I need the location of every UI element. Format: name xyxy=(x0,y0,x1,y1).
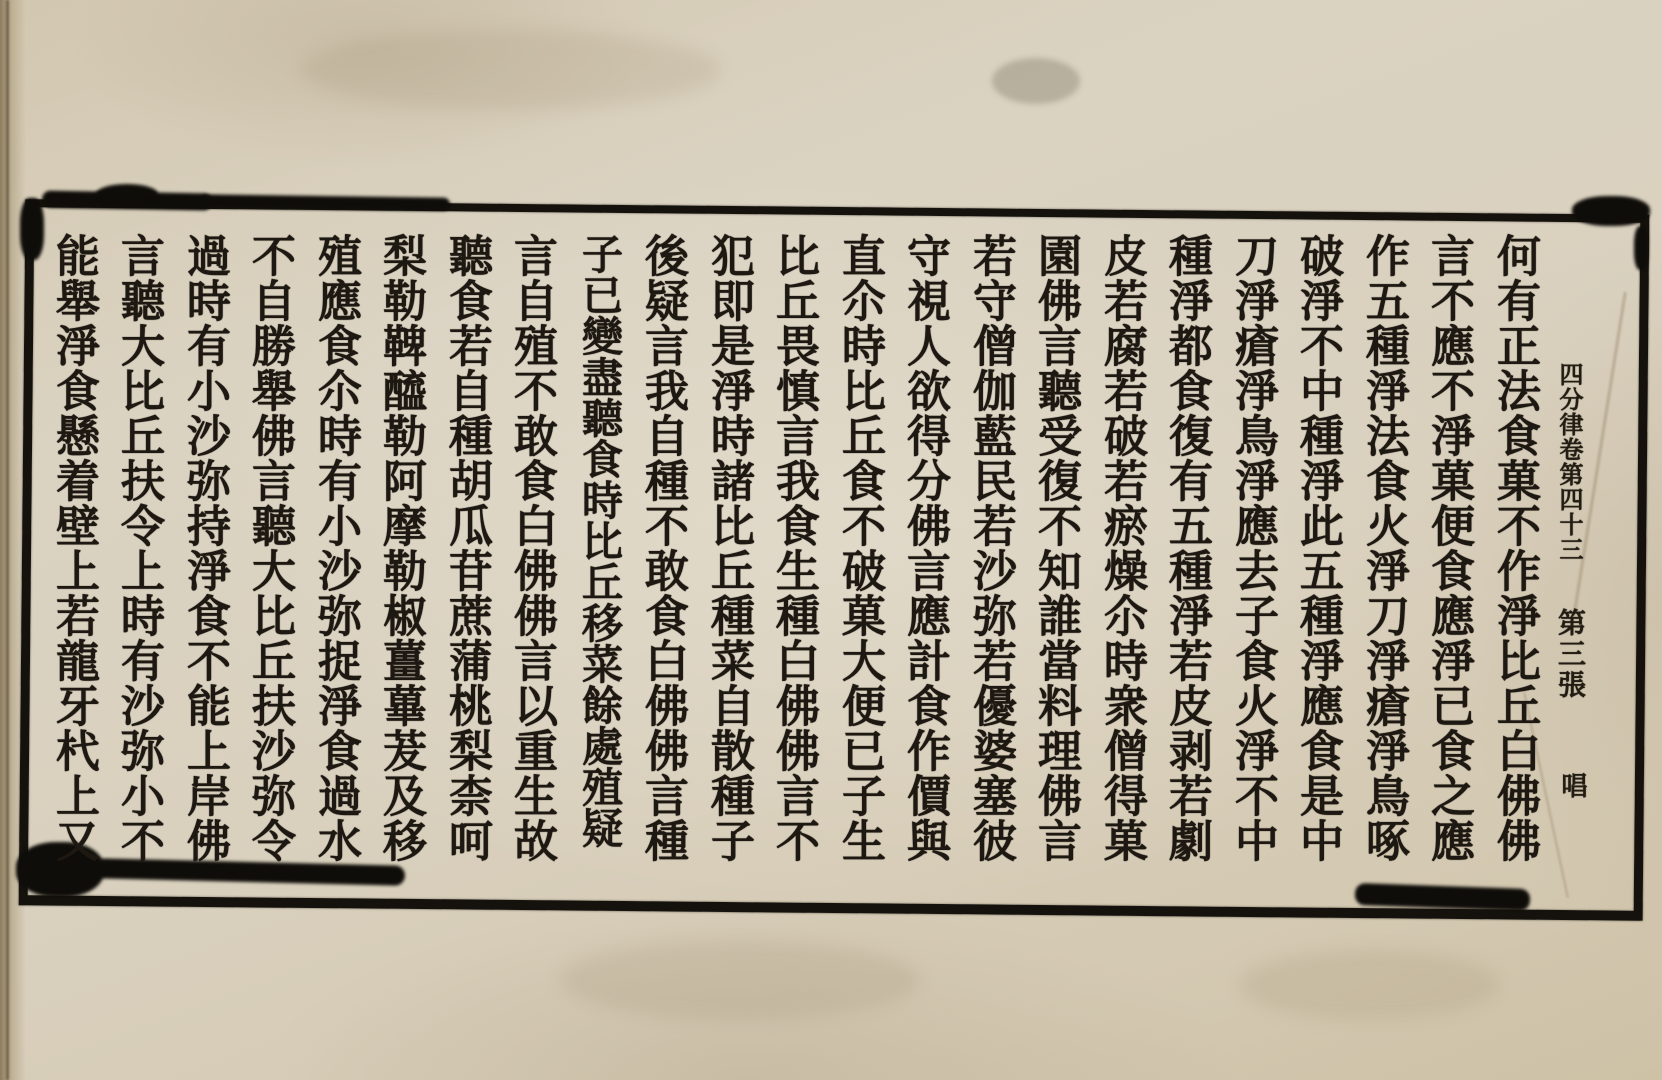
ink-smudge xyxy=(96,184,158,204)
margin-annotation: 唱 xyxy=(1554,772,1591,798)
volume-title: 四分律卷第四十三 xyxy=(1552,362,1587,562)
text-column-7: 皮若腐若破若瘀燥尒時衆僧得菓 xyxy=(1103,233,1153,893)
text-column-6: 種淨都食復有五種淨若皮剥若劇 xyxy=(1168,233,1218,893)
paper-stain xyxy=(1240,950,1500,1020)
paper-stain xyxy=(992,58,1080,104)
text-column-15: 子已變盡聽食時比丘移菜餘處殖疑 xyxy=(579,233,629,893)
text-column-4: 破淨不中種淨此五種淨應食是中 xyxy=(1299,233,1349,893)
text-column-21: 過時有小沙弥持淨食不能上岸佛 xyxy=(186,233,236,893)
text-column-18: 梨勒鞞醯勒阿摩勒椒薑蓽茇及移 xyxy=(382,233,432,893)
text-column-1: 何有正法食菓不作淨比丘白佛佛 xyxy=(1496,233,1546,893)
text-column-9: 若守僧伽藍民若沙弥若優婆塞彼 xyxy=(972,233,1022,893)
text-column-2: 言不應不淨菓便食應淨已食之應 xyxy=(1430,233,1480,893)
text-column-23: 能舉淨食懸着壁上若龍牙杙上又 xyxy=(55,233,105,893)
text-column-10: 守視人欲得分佛言應計食作價與 xyxy=(906,233,956,893)
paper-stain xyxy=(300,30,720,110)
sheet-number-label: 第三張 xyxy=(1550,608,1590,701)
text-column-19: 殖應食尒時有小沙弥捉淨食過水 xyxy=(317,233,367,893)
text-column-11: 直尒時比丘食不破菓大便已子生 xyxy=(841,233,891,893)
text-column-16: 言自殖不敢食白佛佛言以重生故 xyxy=(513,233,563,893)
page-edge-line xyxy=(6,0,9,1080)
ink-smudge xyxy=(1634,226,1648,270)
text-column-20: 不自勝舉佛言聽大比丘扶沙弥令 xyxy=(251,233,301,893)
text-column-5: 刀淨瘡淨鳥淨應去子食火淨不中 xyxy=(1234,233,1284,893)
text-column-17: 聽食若自種胡瓜苷蔗蒲桃梨柰呵 xyxy=(448,233,498,893)
ink-smudge xyxy=(1572,196,1650,226)
text-column-8: 園佛言聽受復不知誰當料理佛言 xyxy=(1037,233,1087,893)
text-column-22: 言聽大比丘扶令上時有沙弥小不 xyxy=(120,233,170,893)
text-column-3: 作五種淨法食火淨刀淨瘡淨鳥啄 xyxy=(1365,233,1415,893)
text-column-13: 犯即是淨時諸比丘種菜自散種子 xyxy=(710,233,760,893)
paper-stain xyxy=(560,940,920,1020)
text-column-14: 後疑言我自種不敢食白佛佛言種 xyxy=(644,233,694,893)
text-column-12: 比丘畏慎言我食生種白佛佛言不 xyxy=(775,233,825,893)
